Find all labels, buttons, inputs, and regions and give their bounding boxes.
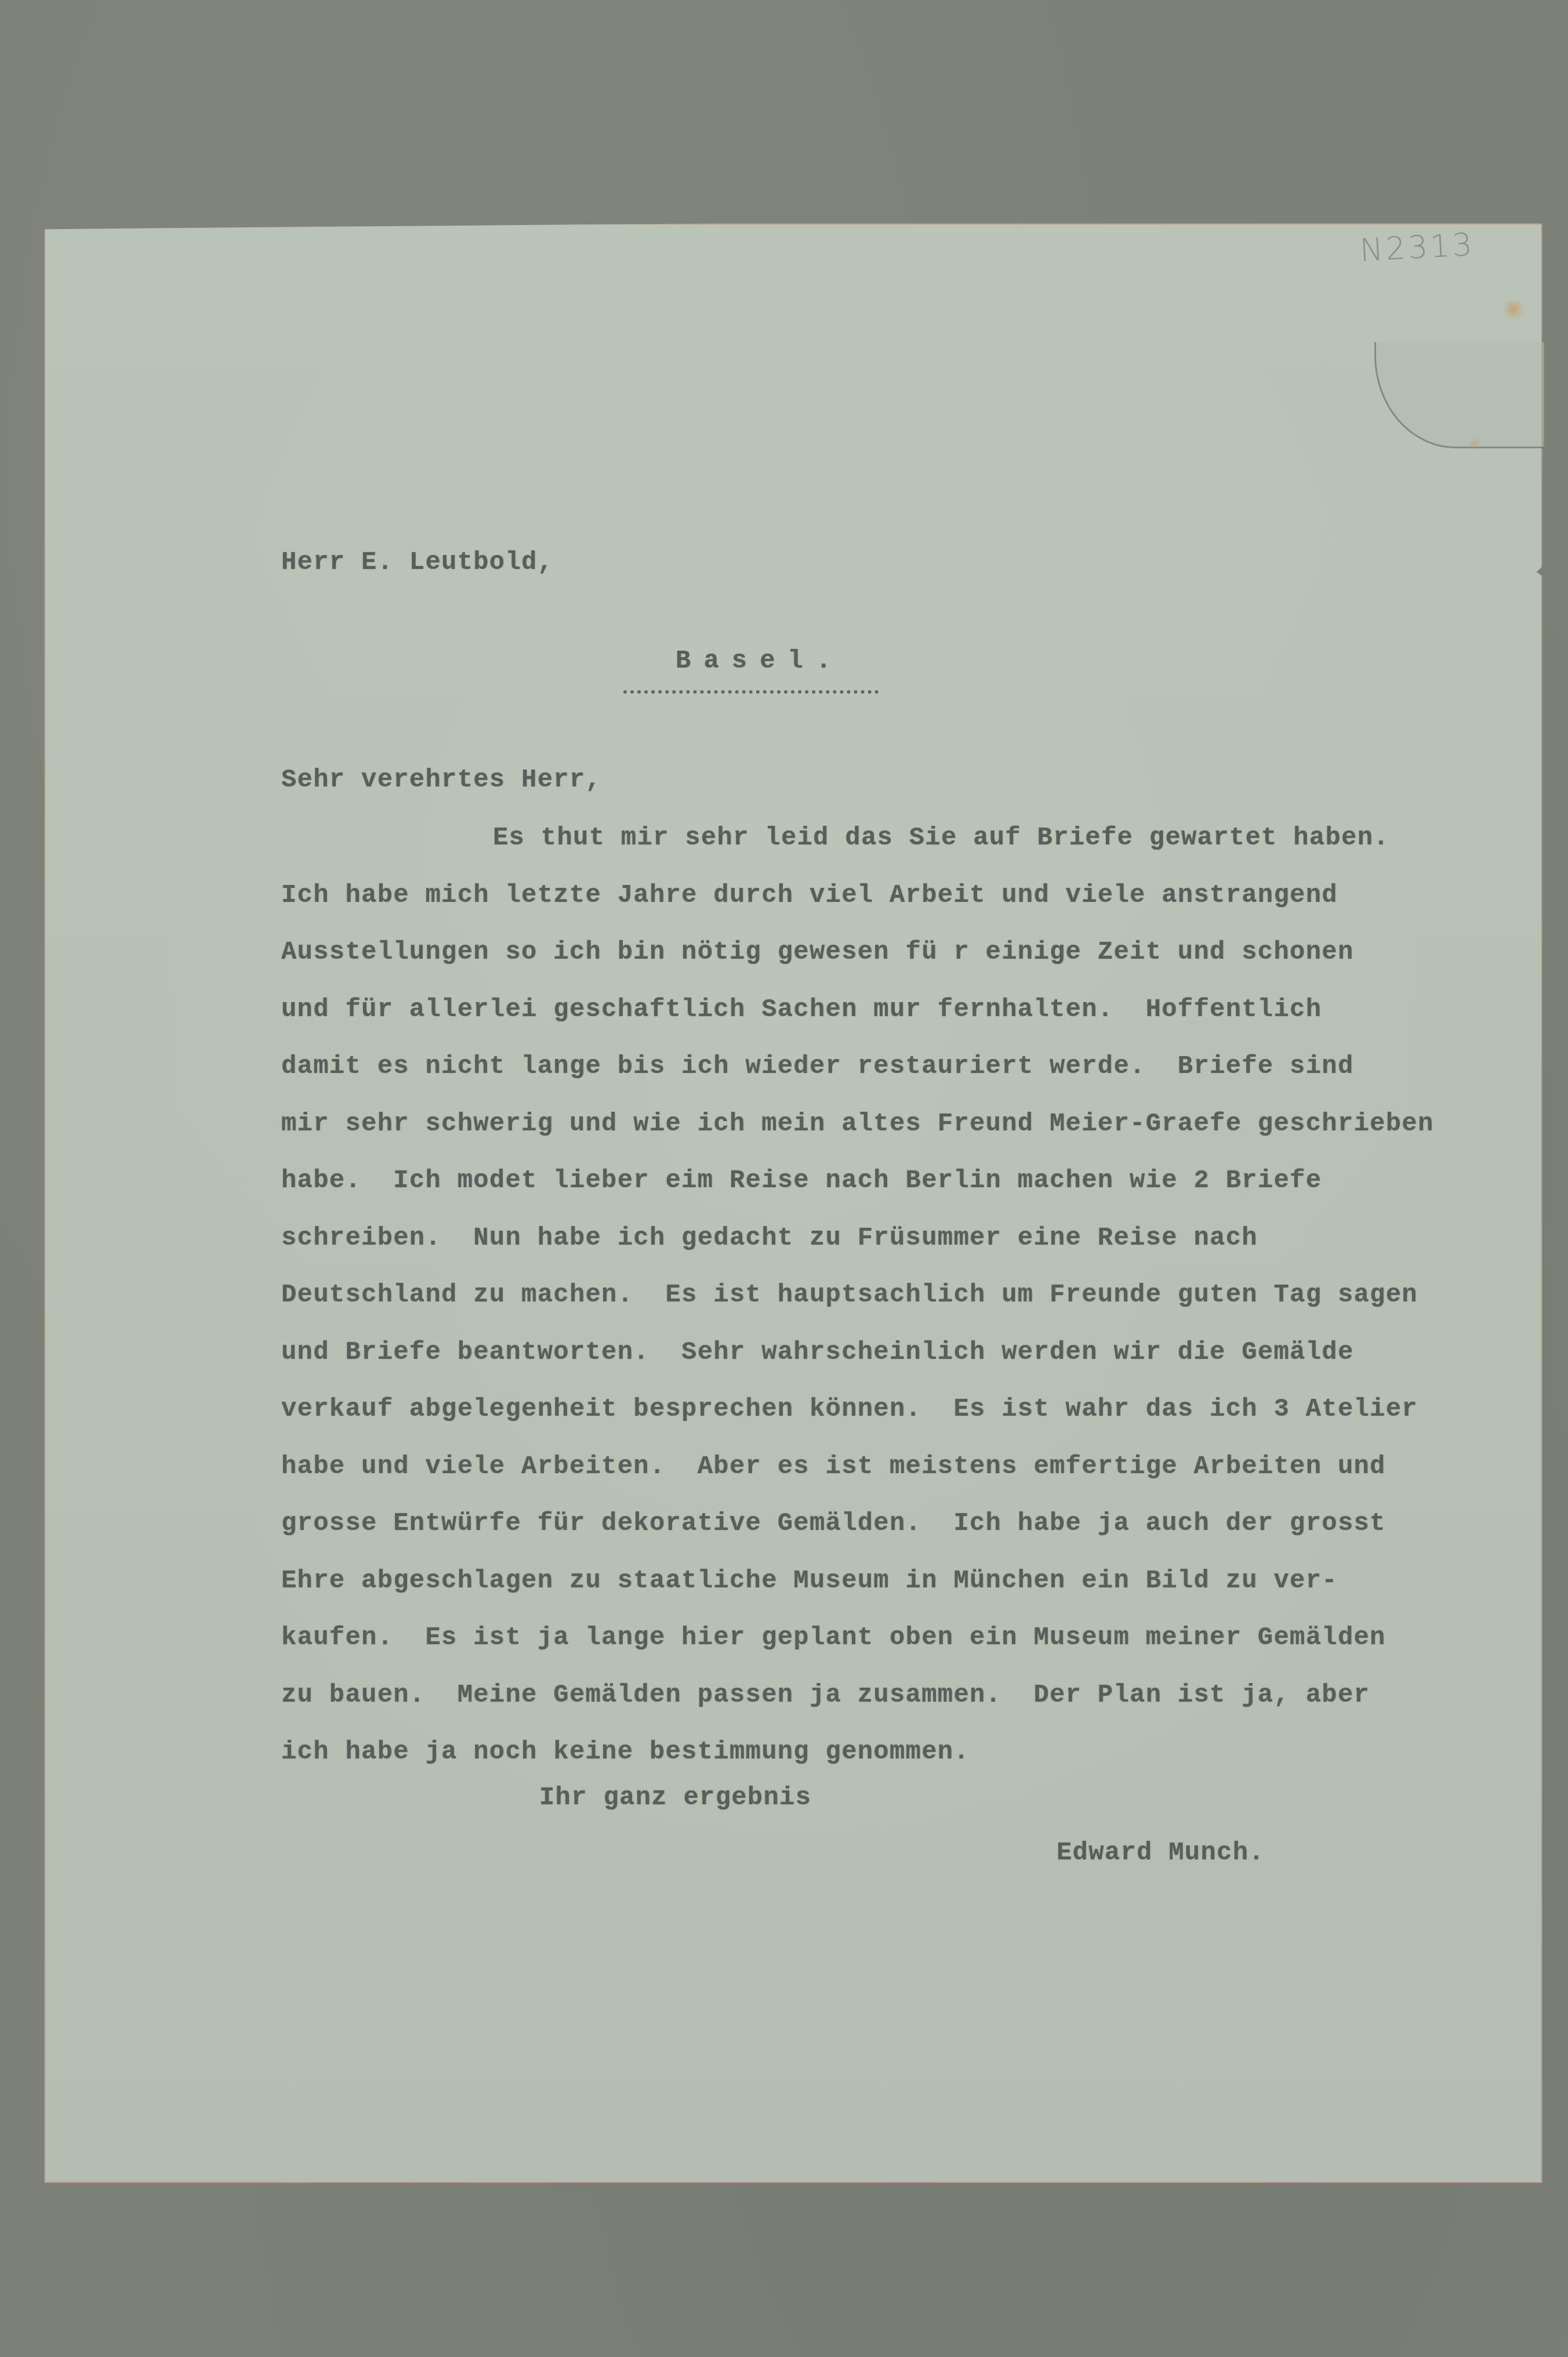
signature: Edward Munch. bbox=[1057, 1839, 1265, 1868]
body-line: zu bauen. Meine Gemälden passen ja zusam… bbox=[281, 1678, 1434, 1735]
body-line: verkauf abgelegenheit besprechen können.… bbox=[281, 1392, 1434, 1449]
body-line: Deutschland zu machen. Es ist hauptsachl… bbox=[281, 1278, 1434, 1335]
body-line: Ich habe mich letzte Jahre durch viel Ar… bbox=[281, 878, 1434, 935]
salutation: Sehr verehrtes Herr, bbox=[281, 766, 601, 795]
foxing-stain bbox=[1467, 438, 1482, 451]
body-line: ich habe ja noch keine bestimmung genomm… bbox=[281, 1735, 1434, 1792]
body-line: kaufen. Es ist ja lange hier geplant obe… bbox=[281, 1620, 1434, 1678]
body-line: damit es nicht lange bis ich wieder rest… bbox=[281, 1049, 1434, 1107]
addressee: Herr E. Leutbold, bbox=[281, 548, 553, 577]
body-line: Ehre abgeschlagen zu staatliche Museum i… bbox=[281, 1564, 1434, 1621]
city-underline bbox=[623, 690, 879, 694]
body-line: und Briefe beantworten. Sehr wahrscheinl… bbox=[281, 1335, 1434, 1393]
closing: Ihr ganz ergebnis bbox=[539, 1783, 811, 1812]
archive-number: N2313 bbox=[1359, 226, 1475, 269]
city-heading: Basel. bbox=[676, 647, 844, 676]
body-line: habe. Ich modet lieber eim Reise nach Be… bbox=[281, 1163, 1434, 1221]
body-line: Ausstellungen so ich bin nötig gewesen f… bbox=[281, 935, 1434, 992]
body-line: Es thut mir sehr leid das Sie auf Briefe… bbox=[281, 821, 1434, 878]
body-line: und für allerlei geschaftlich Sachen mur… bbox=[281, 992, 1434, 1050]
body-line: habe und viele Arbeiten. Aber es ist mei… bbox=[281, 1449, 1434, 1507]
body-line: mir sehr schwerig und wie ich mein altes… bbox=[281, 1107, 1434, 1164]
foxing-stain bbox=[1502, 299, 1525, 320]
body-line: schreiben. Nun habe ich gedacht zu Früsu… bbox=[281, 1221, 1434, 1278]
letter-body: Es thut mir sehr leid das Sie auf Briefe… bbox=[281, 821, 1434, 1792]
body-line: grosse Entwürfe für dekorative Gemälden.… bbox=[281, 1506, 1434, 1564]
